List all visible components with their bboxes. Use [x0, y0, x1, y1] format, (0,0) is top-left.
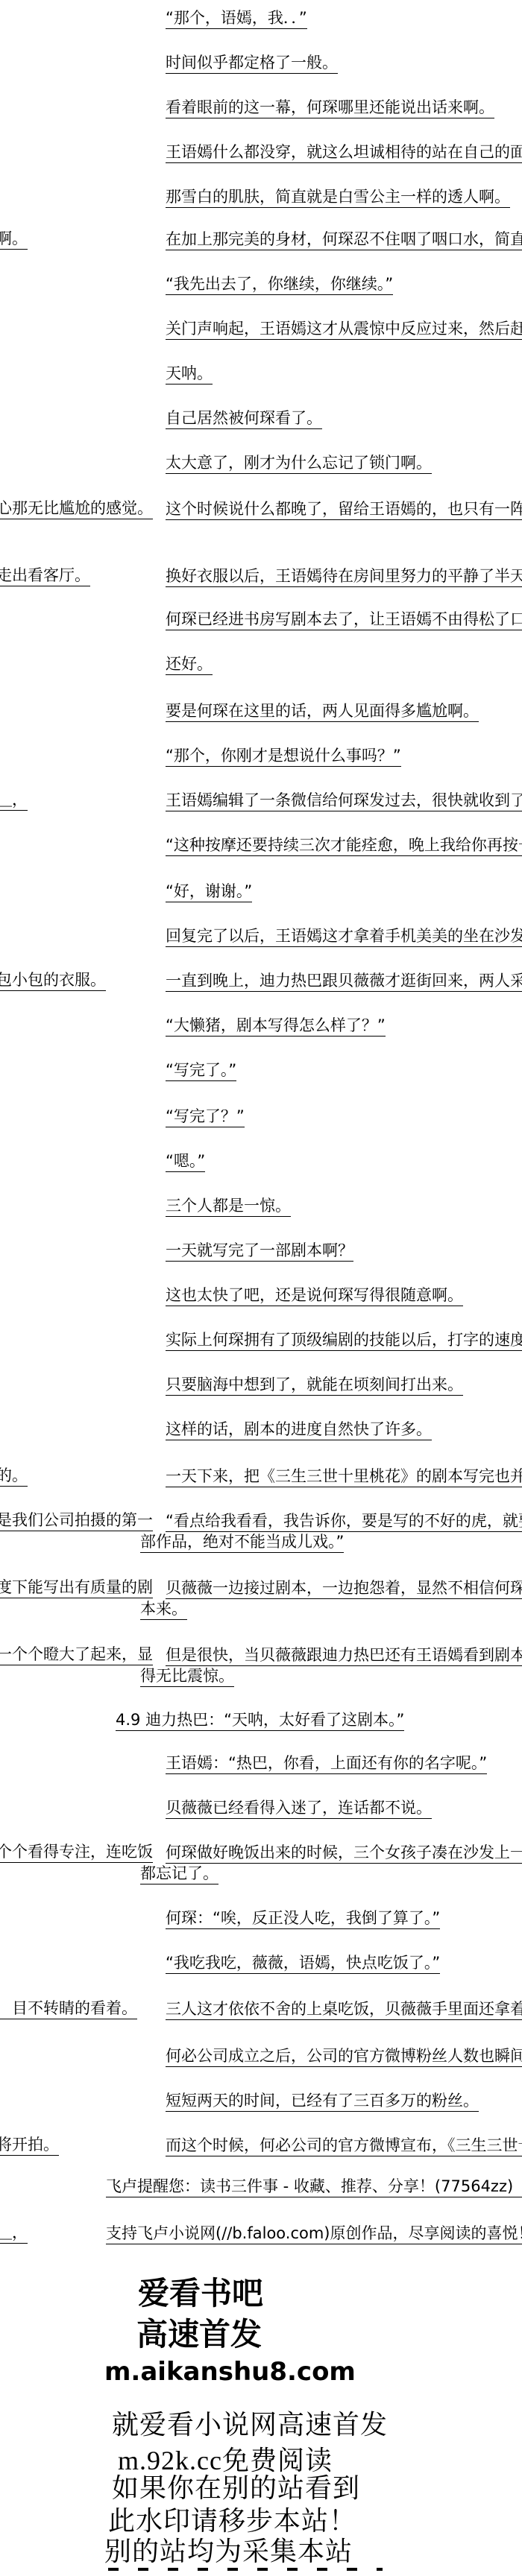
novel-line-text: “看点给我看看，我告诉你，要是写的不好的虎，就要重新写，这 — [166, 1513, 522, 1532]
novel-line-text: 自己居然被何琛看了。 — [166, 411, 322, 429]
novel-line: 走出看客厅。换好衣服以后，王语嫣待在房间里努力的平静了半天，这才缓过来 — [0, 568, 522, 589]
novel-line: 三个人都是一惊。 — [0, 1197, 522, 1218]
novel-line-text: 何琛：“唉，反正没人吃，我倒了算了。” — [166, 1911, 440, 1929]
novel-line-text: 在加上那完美的身材，何琛忍不住咽了咽口水，简直就是口干舌燥 — [166, 232, 522, 250]
novel-line-main: “好，谢谢。” — [166, 883, 522, 902]
novel-line-main: 何琛做好晚饭出来的时候，三个女孩子凑在沙发上一起看剧本，一 — [166, 1844, 522, 1864]
novel-line: 自己居然被何琛看了。 — [0, 410, 522, 431]
wrapped-line-fragment: 啊。 — [0, 231, 28, 250]
wrapped-line-fragment: ＿， — [0, 2225, 28, 2244]
novel-line: 贝薇薇已经看得入迷了，连话都不说。 — [0, 1800, 522, 1820]
novel-line-main: “这种按摩还要持续三次才能痊愈，晚上我给你再按一次。” — [166, 837, 522, 856]
novel-line-text: 三人这才依依不舍的上桌吃饭，贝薇薇手里面还拿着剧本放在一边 — [166, 2001, 522, 2020]
novel-line-main: 还好。 — [166, 656, 522, 675]
novel-line: 这样的话，剧本的进度自然快了许多。 — [0, 1421, 522, 1442]
novel-line-main: “大懒猪，剧本写得怎么样了？” — [166, 1017, 522, 1037]
novel-line-text: 一直到晚上，迪力热巴跟贝薇薇才逛街回来，两人采购了十几个大 — [166, 973, 522, 992]
promo-line: 高速首发 — [136, 2317, 262, 2352]
novel-line-main: 王语嫣编辑了一条微信给何琛发过去，很快就收到了回复，…… — [166, 792, 522, 811]
novel-line-main: 部作品，绝对不能当成儿戏。” — [140, 1534, 522, 1553]
novel-line: 飞卢提醒您：读书三件事 - 收藏、推荐、分享！(77564zz) — [0, 2178, 522, 2199]
novel-line-text: 短短两天的时间，已经有了三百多万的粉丝。 — [166, 2093, 479, 2112]
novel-line-main: 贝薇薇已经看得入迷了，连话都不说。 — [166, 1800, 522, 1819]
novel-line-text: “好，谢谢。” — [166, 884, 252, 902]
novel-line-main: 支持飞卢小说网(//b.faloo.com)原创作品，尽享阅读的喜悦！ — [106, 2225, 522, 2244]
novel-line: 还好。 — [0, 656, 522, 677]
novel-line-text: 三个人都是一惊。 — [166, 1198, 291, 1217]
novel-line-text: 回复完了以后，王语嫣这才拿着手机美美的坐在沙发上笑了起来。 — [166, 928, 522, 947]
novel-line-main: 贝薇薇一边接过剧本，一边抱怨着，显然不相信何琛在这么快的速 — [166, 1580, 522, 1599]
novel-line: ，目不转睛的看着。三人这才依依不舍的上桌吃饭，贝薇薇手里面还拿着剧本放在一边 — [0, 2001, 522, 2022]
novel-line: 是我们公司拍摄的第一“看点给我看看，我告诉你，要是写的不好的虎，就要重新写，这 — [0, 1513, 522, 1534]
wrapped-line-fragment: ，目不转睛的看着。 — [0, 2001, 137, 2019]
wrapped-line-fragment: 走出看客厅。 — [0, 568, 90, 586]
novel-line: “嗯。” — [0, 1153, 522, 1174]
novel-line-main: “我吃我吃，薇薇，语嫣，快点吃饭了。” — [166, 1955, 522, 1974]
novel-line: 关门声响起，王语嫣这才从震惊中反应过来，然后赶紧穿好衣服。 — [0, 320, 522, 341]
novel-line-main: 4.9 迪力热巴：“天呐，太好看了这剧本。” — [116, 1712, 522, 1731]
novel-line: 要是何琛在这里的话，两人见面得多尴尬啊。 — [0, 703, 522, 724]
novel-line: 部作品，绝对不能当成儿戏。” — [0, 1534, 522, 1554]
novel-line-main: “写完了？” — [166, 1108, 522, 1127]
wrapped-line-fragment: ＿， — [0, 792, 28, 811]
novel-line: “好，谢谢。” — [0, 883, 522, 904]
watermark-line: m.92k.cc免费阅读 — [118, 2446, 333, 2476]
novel-line-main: 回复完了以后，王语嫣这才拿着手机美美的坐在沙发上笑了起来。 — [166, 928, 522, 947]
novel-line-main: 实际上何琛拥有了顶级编剧的技能以后，打字的速度也快了许多。 — [166, 1332, 522, 1351]
novel-line-main: 何必公司成立之后，公司的官方微博粉丝人数也瞬间暴涨。 — [166, 2048, 522, 2067]
novel-line-text: “那个，语嫣，我．．” — [166, 10, 307, 29]
novel-line-text: 而这个时候，何必公司的官方微博宣布，《三生三世十里桃花》即 — [166, 2138, 522, 2156]
novel-line-main: 这样的话，剧本的进度自然快了许多。 — [166, 1421, 522, 1440]
novel-line: 时间似乎都定格了一般。 — [0, 54, 522, 75]
novel-line-text: “写完了？” — [166, 1109, 245, 1127]
novel-line: 的。一天下来，把《三生三世十里桃花》的剧本写完也并没有什么稀奇 — [0, 1468, 522, 1489]
promo-line: 爱看书吧 — [138, 2276, 263, 2311]
novel-line-main: 要是何琛在这里的话，两人见面得多尴尬啊。 — [166, 703, 522, 722]
novel-line-main: 王语嫣什么都没穿，就这么坦诚相待的站在自己的面前。 — [166, 144, 522, 163]
novel-line: “我先出去了，你继续，你继续。” — [0, 276, 522, 297]
novel-line-text: 支持飞卢小说网(//b.faloo.com)原创作品，尽享阅读的喜悦！ — [106, 2226, 522, 2244]
novel-line-main: 本来。 — [140, 1601, 522, 1620]
underline-tail — [513, 2197, 522, 2197]
wrapped-line-fragment: 个个看得专注，连吃饭 — [0, 1844, 153, 1863]
novel-line-main: 换好衣服以后，王语嫣待在房间里努力的平静了半天，这才缓过来 — [166, 568, 522, 587]
novel-line-main: 一直到晚上，迪力热巴跟贝薇薇才逛街回来，两人采购了十几个大 — [166, 972, 522, 992]
novel-line-text: 换好衣服以后，王语嫣待在房间里努力的平静了半天，这才缓过来 — [166, 569, 522, 587]
wrapped-line-fragment: 度下能写出有质量的剧 — [0, 1580, 153, 1598]
novel-line-main: 而这个时候，何必公司的官方微博宣布，《三生三世十里桃花》即 — [166, 2137, 522, 2156]
novel-line-main: “看点给我看看，我告诉你，要是写的不好的虎，就要重新写，这 — [166, 1513, 522, 1532]
novel-line-main: 何琛已经进书房写剧本去了，让王语嫣不由得松了口气。 — [166, 611, 522, 630]
novel-line-text: 部作品，绝对不能当成儿戏。” — [140, 1534, 344, 1553]
novel-line-main: 这个时候说什么都晚了，留给王语嫣的，也只有一阵娇羞，还有内 — [166, 501, 522, 520]
novel-line-main: 关门声响起，王语嫣这才从震惊中反应过来，然后赶紧穿好衣服。 — [166, 320, 522, 340]
novel-line-text: 这样的话，剧本的进度自然快了许多。 — [166, 1422, 432, 1440]
novel-line-main: 飞卢提醒您：读书三件事 - 收藏、推荐、分享！(77564zz) — [106, 2178, 522, 2197]
novel-line-text: “那个，你刚才是想说什么事吗？” — [166, 748, 401, 767]
novel-line-text: 这也太快了吧，还是说何琛写得很随意啊。 — [166, 1288, 463, 1306]
novel-line: 都忘记了。 — [0, 1865, 522, 1886]
novel-line-main: 时间似乎都定格了一般。 — [166, 54, 522, 74]
novel-line: 那雪白的肌肤，简直就是白雪公主一样的透人啊。 — [0, 189, 522, 209]
novel-line-main: 短短两天的时间，已经有了三百多万的粉丝。 — [166, 2092, 522, 2112]
novel-line-main: “我先出去了，你继续，你继续。” — [166, 276, 522, 295]
watermark-line: 别的站均为采集本站 — [104, 2537, 353, 2567]
novel-line: 王语嫣什么都没穿，就这么坦诚相待的站在自己的面前。 — [0, 144, 522, 165]
watermark-line: 如果你在别的站看到 — [112, 2474, 360, 2504]
novel-line: 将开拍。而这个时候，何必公司的官方微博宣布，《三生三世十里桃花》即 — [0, 2137, 522, 2158]
novel-line-main: “嗯。” — [166, 1153, 522, 1172]
novel-line: “那个，语嫣，我．．” — [0, 10, 522, 31]
novel-line-main: 自己居然被何琛看了。 — [166, 410, 522, 429]
novel-line-text: 王语嫣编辑了一条微信给何琛发过去，很快就收到了回复，…… — [166, 793, 522, 811]
novel-line: “我吃我吃，薇薇，语嫣，快点吃饭了。” — [0, 1955, 522, 1975]
novel-line-text: “这种按摩还要持续三次才能痊愈，晚上我给你再按一次。” — [166, 838, 522, 856]
novel-line-text: 何琛做好晚饭出来的时候，三个女孩子凑在沙发上一起看剧本，一 — [166, 1845, 522, 1864]
novel-line-text: 贝薇薇一边接过剧本，一边抱怨着，显然不相信何琛在这么快的速 — [166, 1580, 522, 1599]
novel-line: 包小包的衣服。一直到晚上，迪力热巴跟贝薇薇才逛街回来，两人采购了十几个大 — [0, 972, 522, 993]
watermark-line: 此水印请移步本站！ — [108, 2507, 356, 2537]
novel-line-main: 得无比震惊。 — [140, 1668, 522, 1687]
novel-line-text: 本来。 — [140, 1601, 187, 1620]
novel-line-main: 都忘记了。 — [140, 1865, 522, 1884]
novel-line: 何琛：“唉，反正没人吃，我倒了算了。” — [0, 1910, 522, 1931]
novel-line-main: 天呐。 — [166, 365, 522, 384]
novel-line: ＿，王语嫣编辑了一条微信给何琛发过去，很快就收到了回复，…… — [0, 792, 522, 813]
novel-line: 啊。在加上那完美的身材，何琛忍不住咽了咽口水，简直就是口干舌燥 — [0, 231, 522, 252]
novel-line-text: 太大意了，刚才为什么忘记了锁门啊。 — [166, 455, 432, 474]
watermark-line: 就爱看小说网高速首发 — [112, 2411, 388, 2440]
promo-line: m.aikanshu8.com — [104, 2358, 356, 2386]
novel-line-text: “写完了。” — [166, 1063, 236, 1081]
novel-line: 回复完了以后，王语嫣这才拿着手机美美的坐在沙发上笑了起来。 — [0, 928, 522, 949]
novel-line: 本来。 — [0, 1601, 522, 1621]
novel-line-main: “那个，你刚才是想说什么事吗？” — [166, 747, 522, 767]
novel-line: “写完了？” — [0, 1108, 522, 1129]
wrapped-line-fragment: 将开拍。 — [0, 2137, 59, 2156]
novel-line: 一天就写完了一部剧本啊？ — [0, 1242, 522, 1263]
novel-line-main: 这也太快了吧，还是说何琛写得很随意啊。 — [166, 1287, 522, 1306]
novel-line-text: 4.9 迪力热巴：“天呐，太好看了这剧本。” — [116, 1712, 404, 1731]
wrapped-line-fragment: 是我们公司拍摄的第一 — [0, 1513, 153, 1531]
novel-line: 何琛已经进书房写剧本去了，让王语嫣不由得松了口气。 — [0, 611, 522, 632]
novel-line-main: 何琛：“唉，反正没人吃，我倒了算了。” — [166, 1910, 522, 1929]
novel-line: 短短两天的时间，已经有了三百多万的粉丝。 — [0, 2092, 522, 2113]
novel-line-main: 三人这才依依不舍的上桌吃饭，贝薇薇手里面还拿着剧本放在一边 — [166, 2001, 522, 2020]
novel-line-text: 何必公司成立之后，公司的官方微博粉丝人数也瞬间暴涨。 — [166, 2048, 522, 2067]
novel-line-main: “写完了。” — [166, 1062, 522, 1081]
novel-line: 4.9 迪力热巴：“天呐，太好看了这剧本。” — [0, 1712, 522, 1732]
novel-line: ＿，支持飞卢小说网(//b.faloo.com)原创作品，尽享阅读的喜悦！ — [0, 2225, 522, 2246]
novel-line-text: 要是何琛在这里的话，两人见面得多尴尬啊。 — [166, 703, 479, 722]
novel-line-main: “那个，语嫣，我．．” — [166, 10, 522, 29]
novel-line: “写完了。” — [0, 1062, 522, 1083]
novel-line-text: 时间似乎都定格了一般。 — [166, 55, 338, 74]
novel-line-text: 一天下来，把《三生三世十里桃花》的剧本写完也并没有什么稀奇 — [166, 1469, 522, 1487]
wrapped-line-fragment: 一个个瞪大了起来，显 — [0, 1647, 153, 1665]
novel-line-text: 都忘记了。 — [140, 1866, 218, 1884]
wrapped-line-fragment: 心那无比尴尬的感觉。 — [0, 501, 153, 519]
novel-line-text: 实际上何琛拥有了顶级编剧的技能以后，打字的速度也快了许多。 — [166, 1332, 522, 1351]
novel-line: “这种按摩还要持续三次才能痊愈，晚上我给你再按一次。” — [0, 837, 522, 858]
novel-line-text: 这个时候说什么都晚了，留给王语嫣的，也只有一阵娇羞，还有内 — [166, 501, 522, 520]
novel-line: 个个看得专注，连吃饭何琛做好晚饭出来的时候，三个女孩子凑在沙发上一起看剧本，一 — [0, 1844, 522, 1865]
novel-line: 太大意了，刚才为什么忘记了锁门啊。 — [0, 455, 522, 475]
novel-line: 心那无比尴尬的感觉。这个时候说什么都晚了，留给王语嫣的，也只有一阵娇羞，还有内 — [0, 501, 522, 522]
novel-line: 王语嫣：“热巴，你看，上面还有你的名字呢。” — [0, 1755, 522, 1776]
novel-line-text: 只要脑海中想到了，就能在顷刻间打出来。 — [166, 1377, 463, 1396]
novel-line: 实际上何琛拥有了顶级编剧的技能以后，打字的速度也快了许多。 — [0, 1332, 522, 1352]
wrapped-line-fragment: 的。 — [0, 1468, 28, 1487]
novel-line-text: 天呐。 — [166, 366, 213, 384]
novel-line-text: 王语嫣什么都没穿，就这么坦诚相待的站在自己的面前。 — [166, 145, 522, 163]
novel-line-text: “嗯。” — [166, 1153, 205, 1172]
novel-line-main: 在加上那完美的身材，何琛忍不住咽了咽口水，简直就是口干舌燥 — [166, 231, 522, 250]
novel-line-main: 王语嫣：“热巴，你看，上面还有你的名字呢。” — [166, 1755, 522, 1774]
novel-line: 度下能写出有质量的剧贝薇薇一边接过剧本，一边抱怨着，显然不相信何琛在这么快的速 — [0, 1580, 522, 1601]
novel-line: 这也太快了吧，还是说何琛写得很随意啊。 — [0, 1287, 522, 1308]
novel-line-text: 一天就写完了一部剧本啊？ — [166, 1243, 353, 1262]
novel-line-main: 一天就写完了一部剧本啊？ — [166, 1242, 522, 1262]
novel-line-text: 王语嫣：“热巴，你看，上面还有你的名字呢。” — [166, 1756, 487, 1774]
novel-line-text: 关门声响起，王语嫣这才从震惊中反应过来，然后赶紧穿好衣服。 — [166, 321, 522, 340]
novel-line-main: 太大意了，刚才为什么忘记了锁门啊。 — [166, 455, 522, 474]
novel-line-text: “大懒猪，剧本写得怎么样了？” — [166, 1018, 386, 1037]
novel-line-text: “我先出去了，你继续，你继续。” — [166, 276, 393, 295]
novel-line-main: 一天下来，把《三生三世十里桃花》的剧本写完也并没有什么稀奇 — [166, 1468, 522, 1487]
novel-line-text: 贝薇薇已经看得入迷了，连话都不说。 — [166, 1800, 432, 1819]
novel-line: 得无比震惊。 — [0, 1668, 522, 1689]
novel-line: 看着眼前的这一幕，何琛哪里还能说出话来啊。 — [0, 99, 522, 120]
novel-line-main: 但是很快，当贝薇薇跟迪力热巴还有王语嫣看到剧本的时候，眼睛 — [166, 1647, 522, 1666]
novel-line-text: 何琛已经进书房写剧本去了，让王语嫣不由得松了口气。 — [166, 612, 522, 630]
novel-line-text: “我吃我吃，薇薇，语嫣，快点吃饭了。” — [166, 1955, 440, 1974]
novel-line-text: 飞卢提醒您：读书三件事 - 收藏、推荐、分享！(77564zz) — [106, 2179, 513, 2197]
novel-line: 只要脑海中想到了，就能在顷刻间打出来。 — [0, 1376, 522, 1397]
novel-line: “那个，你刚才是想说什么事吗？” — [0, 747, 522, 768]
novel-line-text: 得无比震惊。 — [140, 1668, 234, 1687]
novel-line-main: 只要脑海中想到了，就能在顷刻间打出来。 — [166, 1376, 522, 1396]
novel-line-text: 但是很快，当贝薇薇跟迪力热巴还有王语嫣看到剧本的时候，眼睛 — [166, 1648, 522, 1666]
novel-line-main: 三个人都是一惊。 — [166, 1197, 522, 1217]
clipped-line-artifact — [108, 2568, 383, 2571]
novel-line-main: 看着眼前的这一幕，何琛哪里还能说出话来啊。 — [166, 99, 522, 118]
novel-line: 一个个瞪大了起来，显但是很快，当贝薇薇跟迪力热巴还有王语嫣看到剧本的时候，眼睛 — [0, 1647, 522, 1668]
novel-line: 天呐。 — [0, 365, 522, 386]
novel-line: 何必公司成立之后，公司的官方微博粉丝人数也瞬间暴涨。 — [0, 2048, 522, 2069]
novel-line-text: 还好。 — [166, 656, 213, 675]
novel-page-canvas: “那个，语嫣，我．．”时间似乎都定格了一般。看着眼前的这一幕，何琛哪里还能说出话… — [0, 0, 522, 2576]
novel-line-main: 那雪白的肌肤，简直就是白雪公主一样的透人啊。 — [166, 189, 522, 208]
novel-line-text: 看着眼前的这一幕，何琛哪里还能说出话来啊。 — [166, 100, 494, 118]
wrapped-line-fragment: 包小包的衣服。 — [0, 972, 106, 991]
novel-line-text: 那雪白的肌肤，简直就是白雪公主一样的透人啊。 — [166, 189, 510, 208]
novel-line: “大懒猪，剧本写得怎么样了？” — [0, 1017, 522, 1038]
